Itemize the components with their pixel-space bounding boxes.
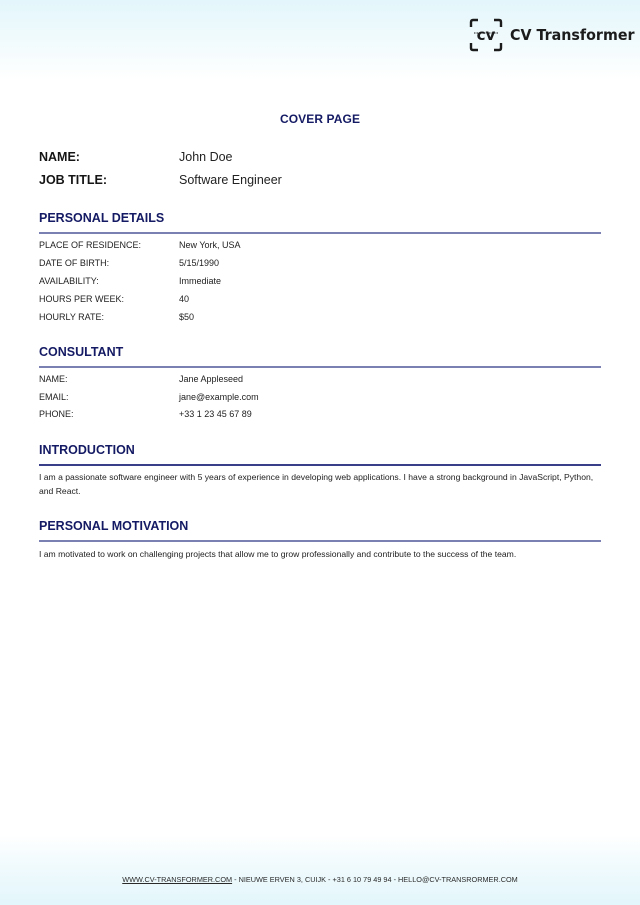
candidate-name-row: NAME: John Doe (39, 150, 233, 164)
detail-label: AVAILABILITY: (39, 276, 179, 286)
section-divider (39, 464, 601, 466)
candidate-name-label: NAME: (39, 150, 179, 164)
consultant-value: +33 1 23 45 67 89 (179, 409, 252, 419)
consultant-row: EMAIL: jane@example.com (39, 392, 259, 402)
footer-contact: WWW.CV-TRANSFORMER.COM - NIEUWE ERVEN 3,… (0, 875, 640, 884)
motivation-heading: PERSONAL MOTIVATION (39, 519, 188, 533)
cv-scan-icon: cv (469, 18, 503, 52)
detail-value: $50 (179, 312, 194, 322)
detail-value: 40 (179, 294, 189, 304)
consultant-row: NAME: Jane Appleseed (39, 374, 243, 384)
section-divider (39, 366, 601, 368)
detail-label: DATE OF BIRTH: (39, 258, 179, 268)
consultant-label: EMAIL: (39, 392, 179, 402)
consultant-value: jane@example.com (179, 392, 259, 402)
detail-row: DATE OF BIRTH: 5/15/1990 (39, 258, 219, 268)
consultant-row: PHONE: +33 1 23 45 67 89 (39, 409, 252, 419)
section-divider (39, 540, 601, 542)
consultant-value: Jane Appleseed (179, 374, 243, 384)
detail-label: PLACE OF RESIDENCE: (39, 240, 179, 250)
personal-details-heading: PERSONAL DETAILS (39, 211, 164, 225)
consultant-heading: CONSULTANT (39, 345, 123, 359)
cover-page-title: COVER PAGE (0, 112, 640, 126)
brand-logo: cv CV Transformer (469, 18, 640, 52)
website-link[interactable]: WWW.CV-TRANSFORMER.COM (122, 875, 232, 884)
detail-row: HOURLY RATE: $50 (39, 312, 194, 322)
svg-text:cv: cv (477, 26, 496, 44)
footer-address-contact: - NIEUWE ERVEN 3, CUIJK - +31 6 10 79 49… (232, 875, 518, 884)
job-title-row: JOB TITLE: Software Engineer (39, 173, 282, 187)
detail-row: PLACE OF RESIDENCE: New York, USA (39, 240, 241, 250)
section-divider (39, 232, 601, 234)
detail-value: Immediate (179, 276, 221, 286)
detail-row: AVAILABILITY: Immediate (39, 276, 221, 286)
detail-label: HOURS PER WEEK: (39, 294, 179, 304)
job-title-label: JOB TITLE: (39, 173, 179, 187)
detail-value: New York, USA (179, 240, 241, 250)
consultant-label: PHONE: (39, 409, 179, 419)
detail-row: HOURS PER WEEK: 40 (39, 294, 189, 304)
motivation-text: I am motivated to work on challenging pr… (39, 547, 601, 561)
brand-name: CV Transformer (510, 26, 635, 44)
job-title-value: Software Engineer (179, 173, 282, 187)
detail-label: HOURLY RATE: (39, 312, 179, 322)
introduction-heading: INTRODUCTION (39, 443, 135, 457)
candidate-name-value: John Doe (179, 150, 233, 164)
detail-value: 5/15/1990 (179, 258, 219, 268)
introduction-text: I am a passionate software engineer with… (39, 470, 601, 498)
consultant-label: NAME: (39, 374, 179, 384)
footer-background (0, 835, 640, 905)
